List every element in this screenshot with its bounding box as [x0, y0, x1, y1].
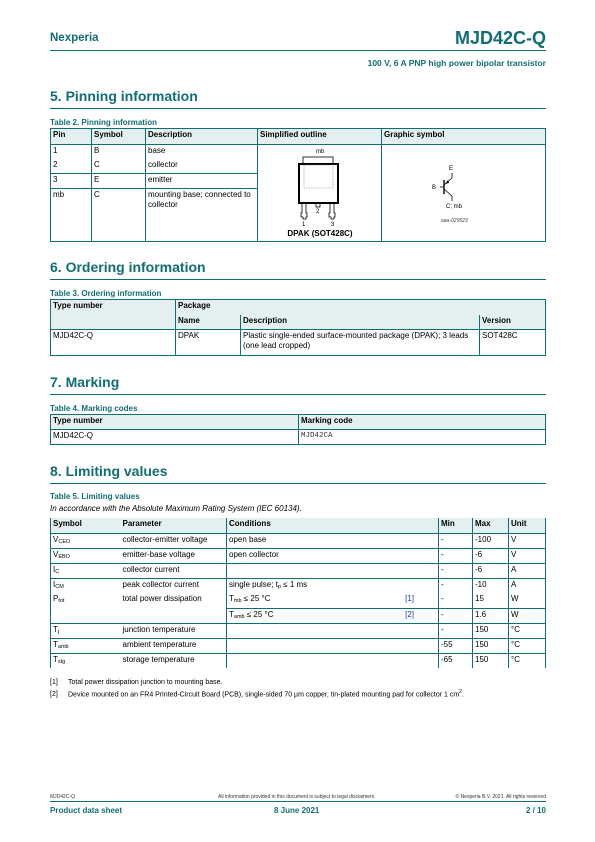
- footnote-ref: [1]: [50, 679, 68, 686]
- max-cell: -6: [473, 548, 509, 563]
- parameter-cell: emitter-base voltage: [121, 548, 227, 563]
- max-cell: 150: [473, 653, 509, 668]
- footer-divider: [50, 801, 546, 802]
- symbol-subscript: amb: [58, 644, 69, 650]
- limiting-values-table: Symbol Parameter Conditions Min Max Unit…: [50, 518, 546, 668]
- conditions-cell: Tamb ≤ 25 °C[2]: [227, 608, 439, 623]
- parameter-cell: ambient temperature: [121, 638, 227, 653]
- min-cell: -65: [439, 653, 473, 668]
- column-header: Pin: [51, 129, 92, 145]
- column-header: Graphic symbol: [382, 129, 546, 145]
- conditions-cell: [227, 623, 439, 638]
- min-cell: -55: [439, 638, 473, 653]
- min-cell: -: [439, 623, 473, 638]
- symbol-cell: C: [92, 189, 146, 242]
- footnote-link[interactable]: [1]: [405, 594, 414, 604]
- table-caption-limiting: Table 5. Limiting values: [50, 492, 140, 501]
- symbol-cell: Tstg: [51, 653, 121, 668]
- pin-cell: mb: [51, 189, 92, 242]
- parameter-cell: junction temperature: [121, 623, 227, 638]
- min-cell: -: [439, 608, 473, 623]
- unit-cell: W: [509, 608, 546, 623]
- unit-cell: °C: [509, 638, 546, 653]
- type-number-cell: MJD42C-Q: [51, 430, 299, 445]
- footer-doc-type: Product data sheet: [50, 806, 122, 815]
- min-cell: -: [439, 563, 473, 578]
- part-number: MJD42C-Q: [455, 28, 546, 49]
- footnote-text: Device mounted on an FR4 Printed-Circuit…: [68, 691, 459, 698]
- symbol-cell: Ptot: [51, 593, 121, 623]
- drawing-id: aaa-029523: [441, 216, 468, 226]
- pin-cell: 1: [51, 145, 92, 159]
- section-title-ordering: 6. Ordering information: [50, 259, 206, 275]
- parameter-cell: storage temperature: [121, 653, 227, 668]
- marking-code-cell: MJD42CA: [299, 430, 546, 445]
- symbol-cell: ICM: [51, 578, 121, 593]
- pin-cell: 3: [51, 174, 92, 189]
- document-subtitle: 100 V, 6 A PNP high power bipolar transi…: [368, 58, 546, 68]
- unit-cell: °C: [509, 653, 546, 668]
- section-divider: [50, 394, 546, 395]
- symbol-cell: Tj: [51, 623, 121, 638]
- symbol-cell: B: [92, 145, 146, 159]
- package-description-cell: Plastic single-ended surface-mounted pac…: [241, 330, 480, 356]
- parameter-cell: peak collector current: [121, 578, 227, 593]
- column-header: Symbol: [92, 129, 146, 145]
- column-header: Version: [480, 315, 546, 330]
- symbol-subscript: CM: [55, 584, 64, 590]
- max-cell: -100: [473, 533, 509, 548]
- symbol-subscript: C: [55, 569, 59, 575]
- table-row: VEBOemitter-base voltageopen collector--…: [51, 548, 546, 563]
- symbol-subscript: stg: [58, 659, 65, 665]
- dpak-outline-icon: [258, 145, 382, 241]
- table-row: Ptottotal power dissipationTmb ≤ 25 °C[1…: [51, 593, 546, 608]
- cond-text: single pulse; t: [229, 580, 278, 589]
- conditions-cell: [227, 638, 439, 653]
- pinning-table: Pin Symbol Description Simplified outlin…: [50, 128, 546, 242]
- footer-disclaimer: All information provided in this documen…: [218, 794, 376, 800]
- unit-cell: °C: [509, 623, 546, 638]
- column-header: Min: [439, 518, 473, 533]
- max-cell: 150: [473, 623, 509, 638]
- conditions-cell: [227, 563, 439, 578]
- symbol-cell: VCEO: [51, 533, 121, 548]
- column-header: Marking code: [299, 415, 546, 430]
- symbol-subscript: j: [58, 629, 59, 635]
- simplified-outline: mb 2 1 3 DPAK (SOT428C): [258, 145, 382, 242]
- table-note: In accordance with the Absolute Maximum …: [50, 504, 302, 513]
- symbol-subscript: tot: [58, 598, 64, 604]
- description-cell: emitter: [146, 174, 258, 189]
- table-row: 1 B base mb 2 1 3 DPAK (SOT428C): [51, 145, 546, 159]
- package-name-cell: DPAK: [176, 330, 241, 356]
- min-cell: -: [439, 593, 473, 608]
- parameter-cell: total power dissipation: [121, 593, 227, 623]
- ordering-table: Type number Package Name Description Ver…: [50, 299, 546, 356]
- symbol-cell: C: [92, 159, 146, 174]
- conditions-cell: open base: [227, 533, 439, 548]
- max-cell: 150: [473, 638, 509, 653]
- symbol-subscript: CEO: [58, 539, 70, 545]
- column-header: Max: [473, 518, 509, 533]
- parameter-cell: collector-emitter voltage: [121, 533, 227, 548]
- footnote: [2]Device mounted on an FR4 Printed-Circ…: [50, 689, 464, 698]
- unit-cell: V: [509, 533, 546, 548]
- package-version-cell: SOT428C: [480, 330, 546, 356]
- table-row: MJD42C-Q DPAK Plastic single-ended surfa…: [51, 330, 546, 356]
- header-divider: [50, 50, 546, 51]
- table-row: ICMpeak collector currentsingle pulse; t…: [51, 578, 546, 593]
- footnote-link[interactable]: [2]: [405, 610, 414, 620]
- package-label: DPAK (SOT428C): [258, 229, 382, 239]
- table-row: Tjjunction temperature-150°C: [51, 623, 546, 638]
- description-cell: collector: [146, 159, 258, 174]
- section-divider: [50, 279, 546, 280]
- section-title-pinning: 5. Pinning information: [50, 88, 198, 104]
- unit-cell: W: [509, 593, 546, 608]
- column-header: Unit: [509, 518, 546, 533]
- pin-cell: 2: [51, 159, 92, 174]
- table-row: Tambambient temperature-55150°C: [51, 638, 546, 653]
- cond-text: ≤ 1 ms: [281, 580, 307, 589]
- max-cell: 1.6: [473, 608, 509, 623]
- cond-sub: mb: [234, 598, 242, 604]
- max-cell: -6: [473, 563, 509, 578]
- conditions-cell: single pulse; tp ≤ 1 ms: [227, 578, 439, 593]
- parameter-cell: collector current: [121, 563, 227, 578]
- footnote-ref: [2]: [50, 691, 68, 698]
- column-header: Type number: [51, 300, 176, 330]
- symbol-cell: E: [92, 174, 146, 189]
- conditions-cell: Tmb ≤ 25 °C[1]: [227, 593, 439, 608]
- column-header: Simplified outline: [258, 129, 382, 145]
- section-title-marking: 7. Marking: [50, 374, 119, 390]
- collector-label: C; mb: [446, 202, 462, 212]
- table-caption-ordering: Table 3. Ordering information: [50, 289, 161, 298]
- cond-sub: amb: [234, 614, 245, 620]
- symbol-cell: IC: [51, 563, 121, 578]
- min-cell: -: [439, 548, 473, 563]
- table-caption-marking: Table 4. Marking codes: [50, 404, 137, 413]
- brand-name: Nexperia: [50, 32, 99, 44]
- min-cell: -: [439, 533, 473, 548]
- footnote: [1]Total power dissipation junction to m…: [50, 679, 222, 686]
- table-row: VCEOcollector-emitter voltageopen base--…: [51, 533, 546, 548]
- footer-copyright: © Nexperia B.V. 2021. All rights reserve…: [456, 794, 547, 800]
- marking-table: Type number Marking code MJD42C-Q MJD42C…: [50, 414, 546, 445]
- section-divider: [50, 483, 546, 484]
- column-header: Name: [176, 315, 241, 330]
- column-header: Description: [146, 129, 258, 145]
- symbol-cell: Tamb: [51, 638, 121, 653]
- unit-cell: A: [509, 563, 546, 578]
- pin-label: 2: [316, 207, 319, 217]
- footer-doc-id: MJD42C-Q: [50, 794, 75, 800]
- column-header: Description: [241, 315, 480, 330]
- min-cell: -: [439, 578, 473, 593]
- column-header: Package: [176, 300, 546, 315]
- conditions-cell: [227, 653, 439, 668]
- section-title-limiting: 8. Limiting values: [50, 463, 167, 479]
- cond-text: ≤ 25 °C: [242, 594, 271, 603]
- footer-page-number: 2 / 10: [526, 806, 546, 815]
- description-cell: base: [146, 145, 258, 159]
- column-header: Symbol: [51, 518, 121, 533]
- max-cell: 15: [473, 593, 509, 608]
- cond-text: ≤ 25 °C: [245, 610, 274, 619]
- footnote-text: Total power dissipation junction to moun…: [68, 679, 222, 686]
- unit-cell: V: [509, 548, 546, 563]
- emitter-label: E: [449, 164, 453, 174]
- column-header: Conditions: [227, 518, 439, 533]
- base-label: B: [432, 183, 436, 193]
- section-divider: [50, 108, 546, 109]
- symbol-subscript: EBO: [58, 554, 70, 560]
- max-cell: -10: [473, 578, 509, 593]
- graphic-symbol: E B C; mb aaa-029523: [382, 145, 546, 242]
- footer-date: 8 June 2021: [274, 806, 319, 815]
- column-header: Parameter: [121, 518, 227, 533]
- pnp-transistor-symbol-icon: [382, 145, 546, 241]
- symbol-cell: VEBO: [51, 548, 121, 563]
- type-number-cell: MJD42C-Q: [51, 330, 176, 356]
- table-row: Tstgstorage temperature-65150°C: [51, 653, 546, 668]
- unit-cell: A: [509, 578, 546, 593]
- table-caption-pinning: Table 2. Pinning information: [50, 118, 157, 127]
- column-header: Type number: [51, 415, 299, 430]
- description-cell: mounting base; connected to collector: [146, 189, 258, 242]
- table-row: MJD42C-Q MJD42CA: [51, 430, 546, 445]
- table-row: ICcollector current--6A: [51, 563, 546, 578]
- footnote-tail: .: [462, 691, 464, 698]
- conditions-cell: open collector: [227, 548, 439, 563]
